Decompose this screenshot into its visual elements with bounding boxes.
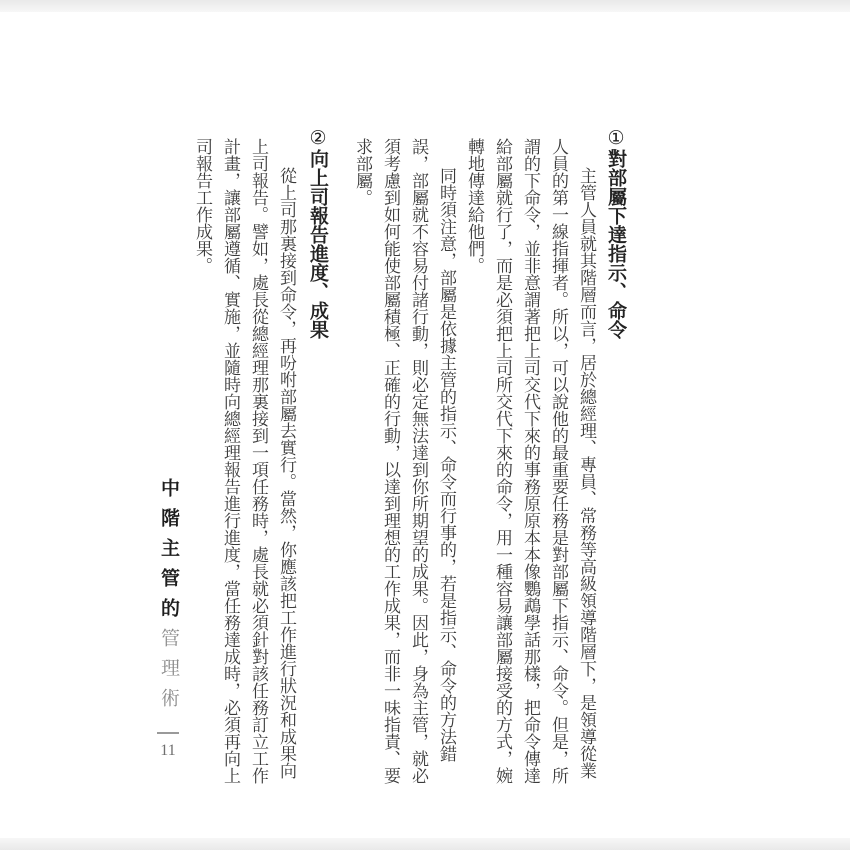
footer-divider [157, 732, 179, 734]
scan-edge-bottom [0, 838, 850, 850]
scan-edge-top [0, 0, 850, 12]
section-2-paragraph-1: 從上司那裏接到命令，再吩咐部屬去實行。當然，你應該把工作進行狀況和成果向上司報告… [188, 127, 300, 785]
section-1-marker: ① [605, 127, 626, 149]
section-1-paragraph-2: 同時須注意，部屬是依據主管的指示、命令而行事的，若是指示、命令的方法錯誤，部屬就… [348, 127, 460, 785]
book-page: ①對部屬下達指示、命令 主管人員就其階層而言，居於總經理、專員、常務等高級領導階… [0, 0, 850, 850]
book-title-light: 管理術 [158, 628, 179, 718]
vertical-text-body: ①對部屬下達指示、命令 主管人員就其階層而言，居於總經理、專員、常務等高級領導階… [188, 127, 630, 785]
section-2-heading: ②向上司報告進度、成果 [302, 127, 332, 785]
section-1-paragraph-1: 主管人員就其階層而言，居於總經理、專員、常務等高級領導階層下，是領導從業人員的第… [460, 127, 600, 785]
section-1-heading: ①對部屬下達指示、命令 [600, 127, 630, 785]
section-2-title: 向上司報告進度、成果 [307, 149, 328, 339]
section-1-title: 對部屬下達指示、命令 [605, 149, 626, 339]
section-2-marker: ② [307, 127, 328, 149]
book-title-bold: 中階主管的 [158, 478, 179, 628]
book-title: 中階主管的管理術 [148, 478, 188, 718]
page-number: 11 [160, 742, 175, 760]
page-footer: 中階主管的管理術 11 [148, 478, 188, 760]
